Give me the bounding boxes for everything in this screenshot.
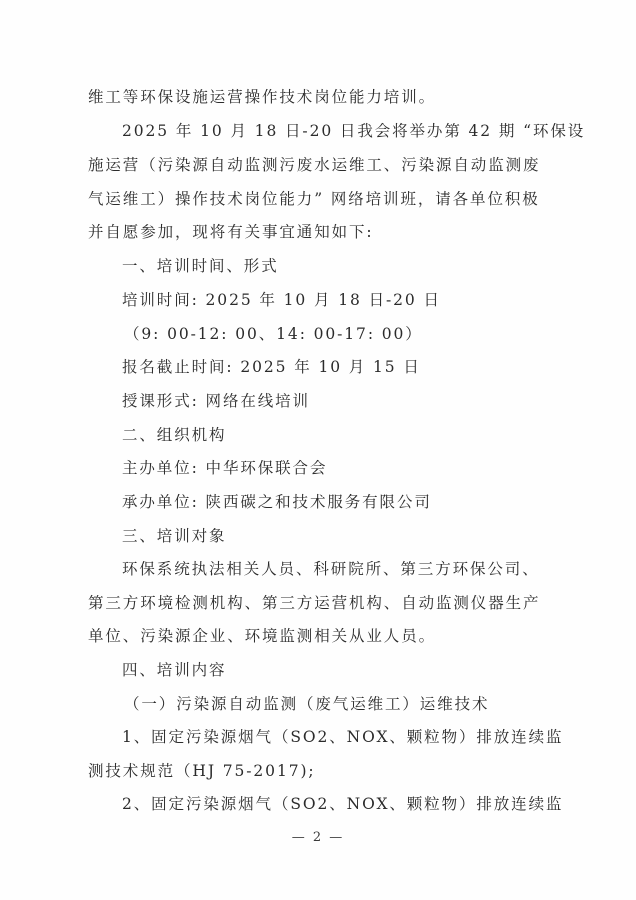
audience-line-2: 第三方环境检测机构、第三方运营机构、自动监测仪器生产	[88, 593, 548, 613]
registration-deadline: 报名截止时间: 2025 年 10 月 15 日	[122, 357, 582, 377]
training-time: 培训时间: 2025 年 10 月 18 日-20 日	[122, 290, 582, 310]
content-item-1-line-1: 1、固定污染源烟气（SO2、NOX、颗粒物）排放连续监	[122, 727, 582, 747]
body-text-continuation: 维工等环保设施运营操作技术岗位能力培训。	[88, 87, 548, 107]
section-heading-organization: 二、组织机构	[122, 425, 582, 445]
content-item-1-line-2: 测技术规范（HJ 75-2017);	[88, 761, 548, 781]
section-heading-content: 四、培训内容	[122, 660, 582, 680]
intro-paragraph-line-1: 2025 年 10 月 18 日-20 日我会将举办第 42 期 “环保设	[122, 121, 582, 141]
intro-paragraph-line-4: 并自愿参加，现将有关事宜通知如下:	[88, 222, 548, 242]
organizer: 承办单位: 陕西碳之和技术服务有限公司	[122, 492, 582, 512]
host-organization: 主办单位: 中华环保联合会	[122, 458, 582, 478]
subsection-heading-gas-ops: （一）污染源自动监测（废气运维工）运维技术	[124, 694, 584, 714]
content-item-2-line-1: 2、固定污染源烟气（SO2、NOX、颗粒物）排放连续监	[122, 794, 582, 814]
intro-paragraph-line-3: 气运维工）操作技术岗位能力” 网络培训班，请各单位积极	[88, 189, 548, 209]
intro-paragraph-line-2: 施运营（污染源自动监测污废水运维工、污染源自动监测废	[88, 155, 548, 175]
audience-line-1: 环保系统执法相关人员、科研院所、第三方环保公司、	[122, 559, 582, 579]
document-page: 维工等环保设施运营操作技术岗位能力培训。 2025 年 10 月 18 日-20…	[0, 0, 636, 900]
section-heading-time-format: 一、培训时间、形式	[122, 256, 582, 276]
training-hours: （9: 00-12: 00、14: 00-17: 00）	[124, 324, 584, 344]
page-number: — 2 —	[0, 830, 636, 845]
teaching-format: 授课形式: 网络在线培训	[122, 391, 582, 411]
section-heading-audience: 三、培训对象	[122, 526, 582, 546]
audience-line-3: 单位、污染源企业、环境监测相关从业人员。	[88, 626, 548, 646]
